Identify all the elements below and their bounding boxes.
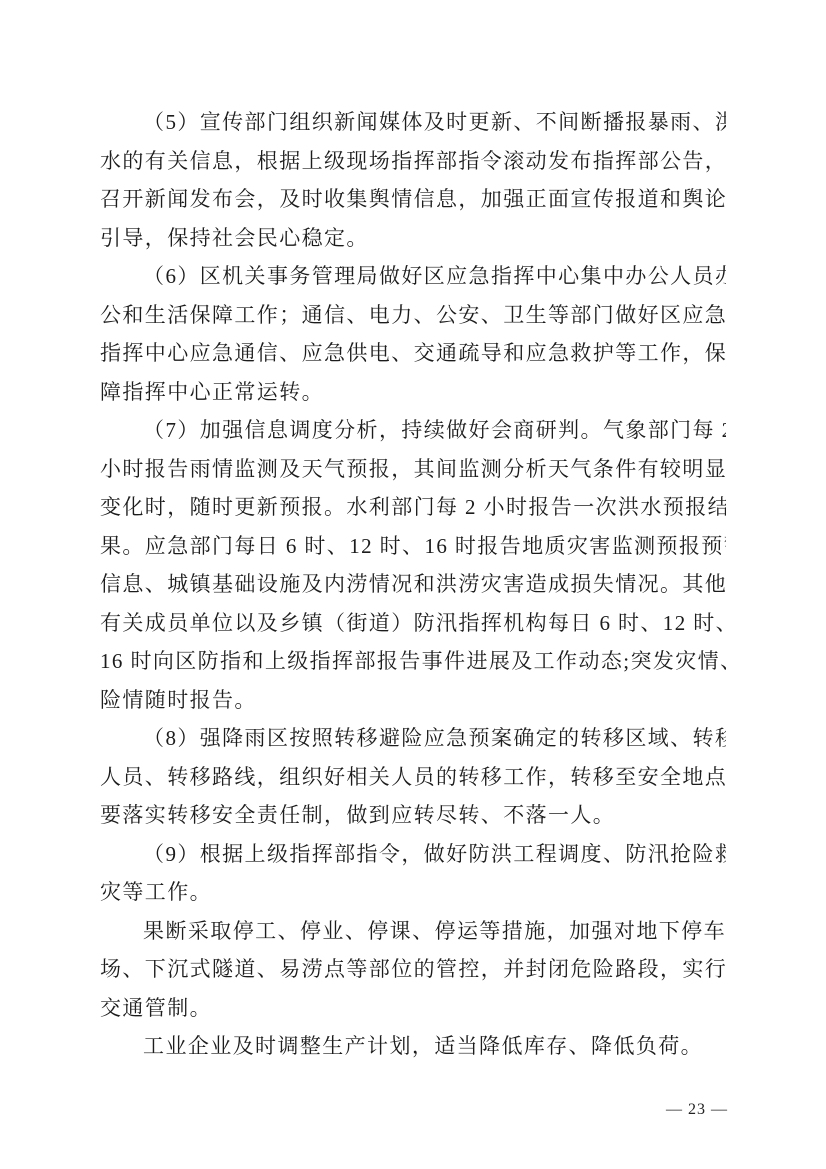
text-line: 交通管制。 [100,989,726,1028]
text-line: 场、下沉式隧道、易涝点等部位的管控，并封闭危险路段，实行 [100,950,726,989]
text-line: 信息、城镇基础设施及内涝情况和洪涝灾害造成损失情况。其他 [100,565,726,604]
text-line: 人员、转移路线，组织好相关人员的转移工作，转移至安全地点。 [100,758,726,797]
document-page: （5）宣传部门组织新闻媒体及时更新、不间断播报暴雨、洪水的有关信息，根据上级现场… [0,0,826,1169]
text-line: 有关成员单位以及乡镇（街道）防汛指挥机构每日 6 时、12 时、 [100,604,726,643]
text-line: 指挥中心应急通信、应急供电、交通疏导和应急救护等工作，保 [100,334,726,373]
text-line: 工业企业及时调整生产计划，适当降低库存、降低负荷。 [100,1027,726,1066]
text-line: 公和生活保障工作；通信、电力、公安、卫生等部门做好区应急 [100,296,726,335]
text-line: 果断采取停工、停业、停课、停运等措施，加强对地下停车 [100,912,726,951]
paragraph-7: （7）加强信息调度分析，持续做好会商研判。气象部门每 2小时报告雨情监测及天气预… [100,411,726,719]
text-line: 小时报告雨情监测及天气预报，其间监测分析天气条件有较明显 [100,450,726,489]
text-line: 召开新闻发布会，及时收集舆情信息，加强正面宣传报道和舆论 [100,180,726,219]
text-line: 水的有关信息，根据上级现场指挥部指令滚动发布指挥部公告， [100,142,726,181]
text-line: 变化时，随时更新预报。水利部门每 2 小时报告一次洪水预报结 [100,488,726,527]
text-line: （7）加强信息调度分析，持续做好会商研判。气象部门每 2 [100,411,726,450]
text-line: 障指挥中心正常运转。 [100,373,726,412]
paragraph-10: 果断采取停工、停业、停课、停运等措施，加强对地下停车场、下沉式隧道、易涝点等部位… [100,912,726,1028]
paragraph-5: （5）宣传部门组织新闻媒体及时更新、不间断播报暴雨、洪水的有关信息，根据上级现场… [100,103,726,257]
text-line: （9）根据上级指挥部指令，做好防洪工程调度、防汛抢险救 [100,835,726,874]
page-number: — 23 — [666,1100,728,1120]
text-line: （8）强降雨区按照转移避险应急预案确定的转移区域、转移 [100,719,726,758]
paragraph-9: （9）根据上级指挥部指令，做好防洪工程调度、防汛抢险救灾等工作。 [100,835,726,912]
text-line: 16 时向区防指和上级指挥部报告事件进展及工作动态;突发灾情、 [100,642,726,681]
text-line: 要落实转移安全责任制，做到应转尽转、不落一人。 [100,796,726,835]
text-line: 果。应急部门每日 6 时、12 时、16 时报告地质灾害监测预报预警 [100,527,726,566]
document-body: （5）宣传部门组织新闻媒体及时更新、不间断播报暴雨、洪水的有关信息，根据上级现场… [100,103,726,1066]
text-line: 灾等工作。 [100,873,726,912]
text-line: 险情随时报告。 [100,681,726,720]
text-line: （6）区机关事务管理局做好区应急指挥中心集中办公人员办 [100,257,726,296]
text-line: （5）宣传部门组织新闻媒体及时更新、不间断播报暴雨、洪 [100,103,726,142]
paragraph-6: （6）区机关事务管理局做好区应急指挥中心集中办公人员办公和生活保障工作；通信、电… [100,257,726,411]
text-line: 引导，保持社会民心稳定。 [100,219,726,258]
paragraph-8: （8）强降雨区按照转移避险应急预案确定的转移区域、转移人员、转移路线，组织好相关… [100,719,726,835]
paragraph-11: 工业企业及时调整生产计划，适当降低库存、降低负荷。 [100,1027,726,1066]
